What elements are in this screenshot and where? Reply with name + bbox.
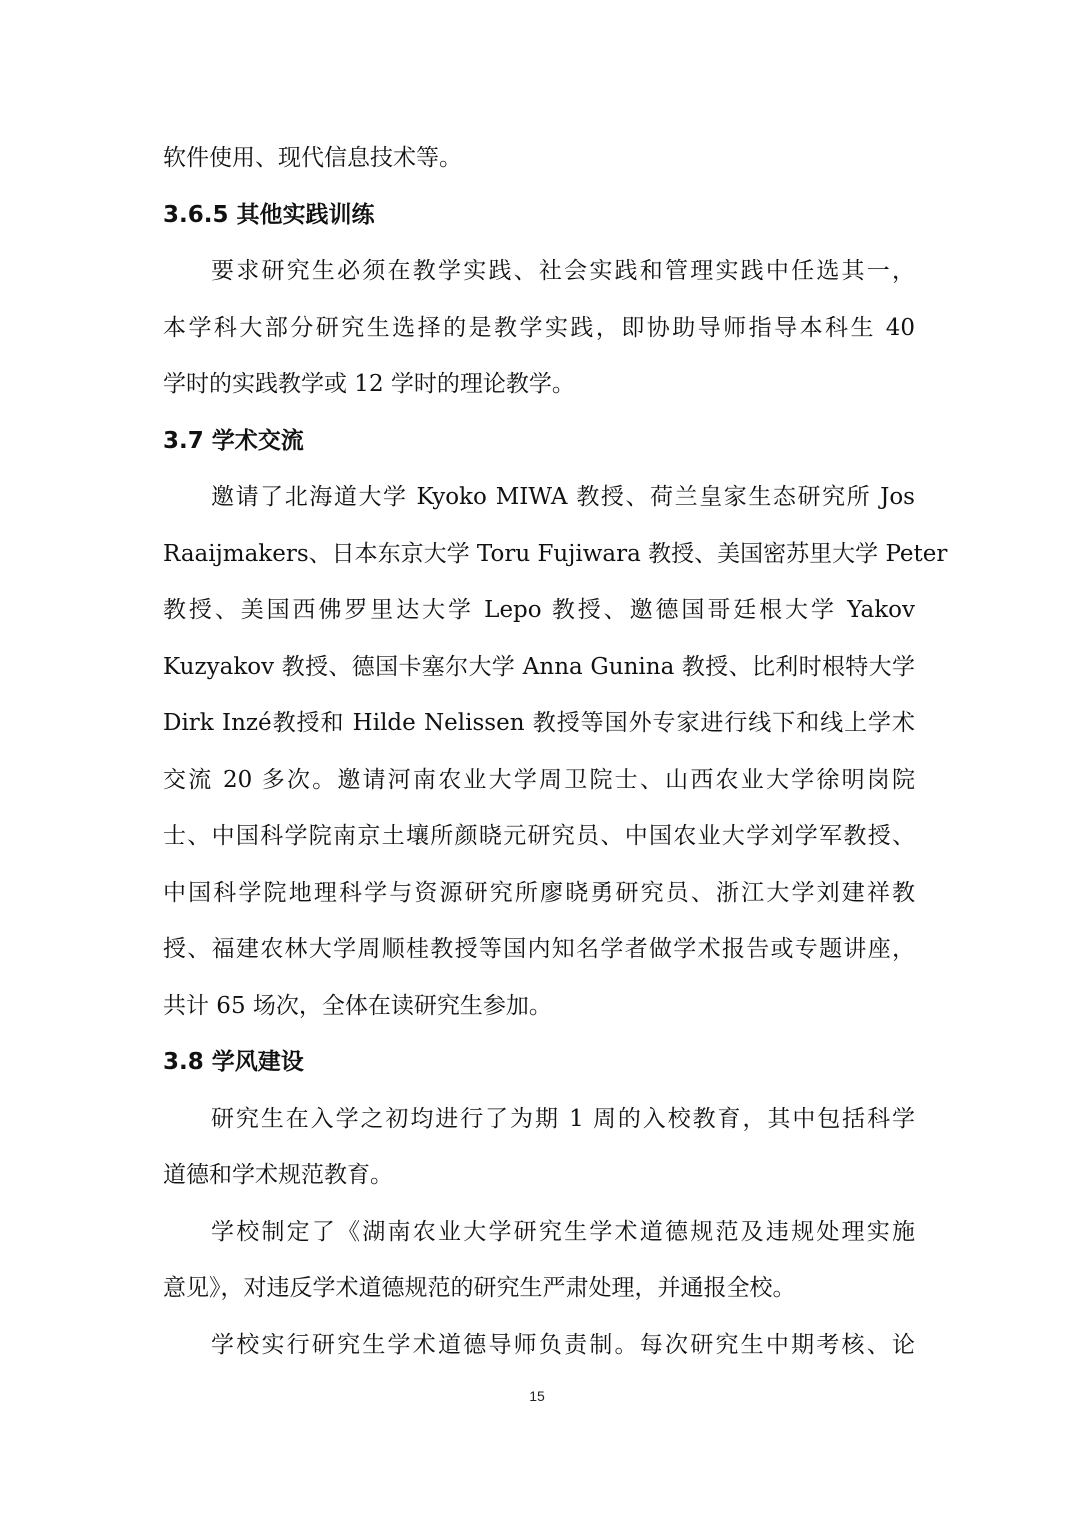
paragraph-line: 要求研究生必须在教学实践、社会实践和管理实践中任选其一， — [163, 243, 915, 300]
paragraph-line: 道德和学术规范教育。 — [163, 1147, 915, 1204]
paragraph-line: 意见》，对违反学术道德规范的研究生严肃处理，并通报全校。 — [163, 1260, 915, 1317]
paragraph-line: 软件使用、现代信息技术等。 — [163, 130, 915, 187]
paragraph-line: 中国科学院地理科学与资源研究所廖晓勇研究员、浙江大学刘建祥教 — [163, 865, 915, 922]
section-heading-3-7: 3.7 学术交流 — [163, 413, 915, 470]
page-number: 15 — [0, 1388, 1074, 1404]
section-heading-3-8: 3.8 学风建设 — [163, 1034, 915, 1091]
paragraph-line: 共计 65 场次，全体在读研究生参加。 — [163, 978, 915, 1035]
paragraph-line: 研究生在入学之初均进行了为期 1 周的入校教育，其中包括科学 — [163, 1091, 915, 1148]
section-heading-3-6-5: 3.6.5 其他实践训练 — [163, 187, 915, 244]
paragraph-line: Raaijmakers、日本东京大学 Toru Fujiwara 教授、美国密苏… — [163, 526, 915, 583]
paragraph-line: 教授、美国西佛罗里达大学 Lepo 教授、邀德国哥廷根大学 Yakov — [163, 582, 915, 639]
paragraph-line: 学校制定了《湖南农业大学研究生学术道德规范及违规处理实施 — [163, 1204, 915, 1261]
paragraph-line: 交流 20 多次。邀请河南农业大学周卫院士、山西农业大学徐明岗院 — [163, 752, 915, 809]
paragraph-line: 邀请了北海道大学 Kyoko MIWA 教授、荷兰皇家生态研究所 Jos — [163, 469, 915, 526]
paragraph-line: 学时的实践教学或 12 学时的理论教学。 — [163, 356, 915, 413]
paragraph-line: Kuzyakov 教授、德国卡塞尔大学 Anna Gunina 教授、比利时根特… — [163, 639, 915, 696]
paragraph-line: 授、福建农林大学周顺桂教授等国内知名学者做学术报告或专题讲座， — [163, 921, 915, 978]
paragraph-line: 学校实行研究生学术道德导师负责制。每次研究生中期考核、论 — [163, 1317, 915, 1374]
paragraph-line: 士、中国科学院南京土壤所颜晓元研究员、中国农业大学刘学军教授、 — [163, 808, 915, 865]
paragraph-line: 本学科大部分研究生选择的是教学实践，即协助导师指导本科生 40 — [163, 300, 915, 357]
paragraph-line: Dirk Inzé教授和 Hilde Nelissen 教授等国外专家进行线下和… — [163, 695, 915, 752]
document-page: 软件使用、现代信息技术等。 3.6.5 其他实践训练 要求研究生必须在教学实践、… — [163, 130, 915, 1373]
